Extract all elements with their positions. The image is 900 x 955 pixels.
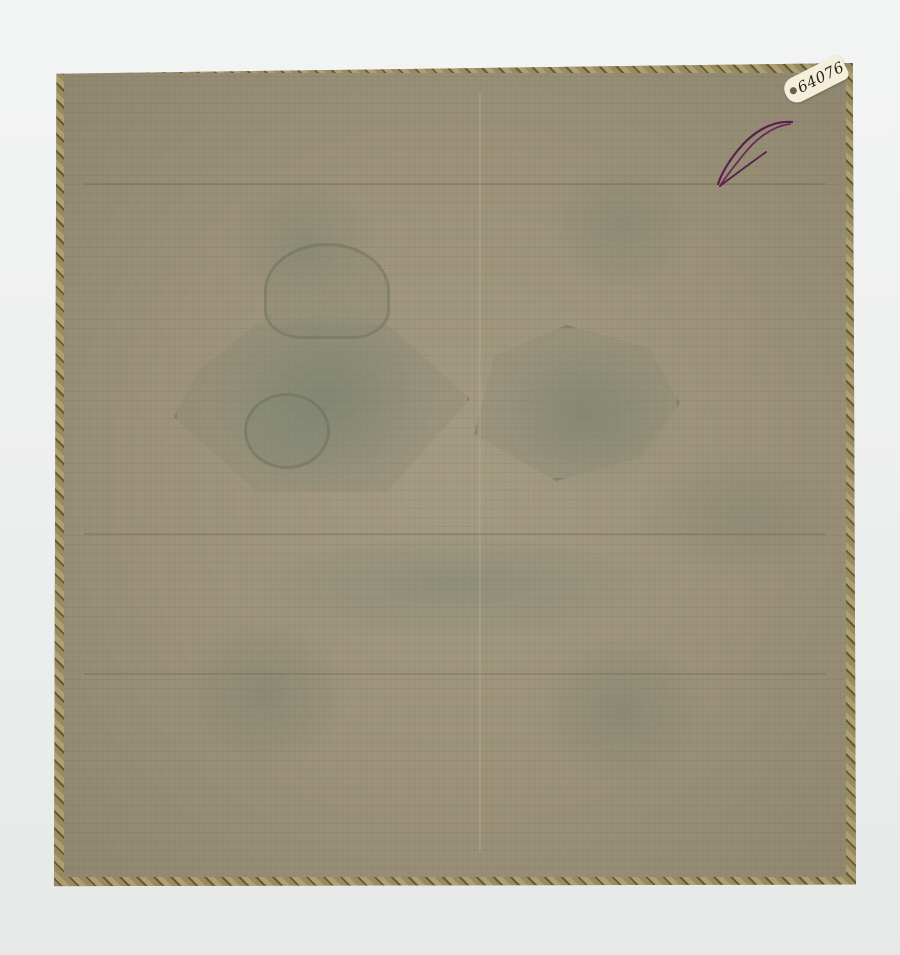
motif-medallion-center (244, 393, 330, 469)
weft-line (84, 183, 826, 185)
textile-field (76, 85, 834, 865)
tag-hole (789, 86, 798, 95)
weft-line (84, 533, 826, 535)
weft-line (84, 673, 826, 675)
photo-stage: 64076 (0, 0, 900, 955)
textile-panel (54, 63, 856, 887)
textile-seam (479, 93, 481, 853)
